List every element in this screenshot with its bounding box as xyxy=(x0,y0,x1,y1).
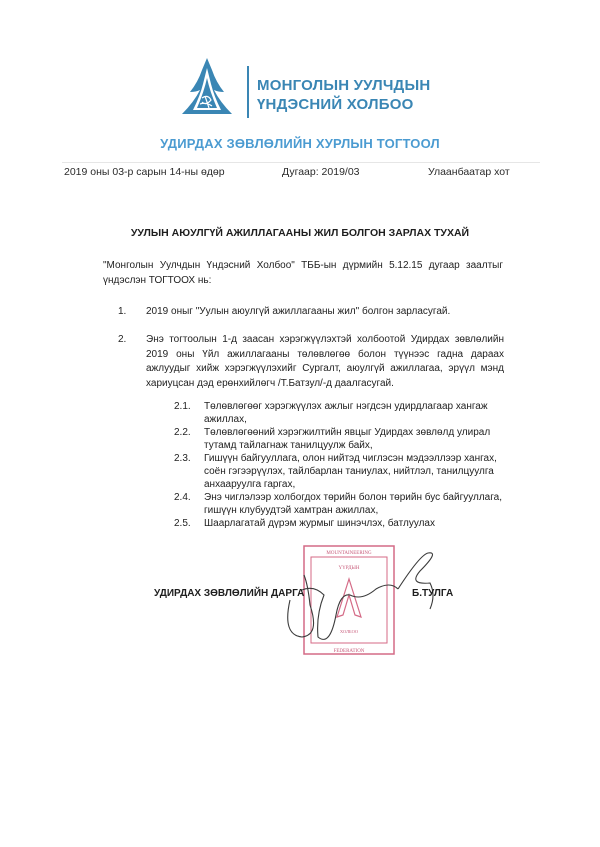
subitem-number: 2.1. xyxy=(174,400,191,413)
subitem-text: Төлөвлөгөөг хэрэгжүүлэх ажлыг нэгдсэн уд… xyxy=(204,400,504,426)
item-number: 1. xyxy=(118,305,126,320)
item-text: Энэ тогтоолын 1-д заасан хэрэгжүүлэхтэй … xyxy=(146,333,504,391)
org-name-line2: ҮНДЭСНИЙ ХОЛБОО xyxy=(257,95,430,114)
preamble: "Монголын Уулчдын Үндэсний Холбоо" ТББ-ы… xyxy=(103,259,503,288)
signatory-role: УДИРДАХ ЗӨВЛӨЛИЙН ДАРГА xyxy=(154,588,304,599)
resolution-number: Дугаар: 2019/03 xyxy=(282,166,360,178)
subitem-number: 2.4. xyxy=(174,491,191,504)
header-rule xyxy=(62,162,540,163)
subitem-number: 2.5. xyxy=(174,517,191,530)
item-number: 2. xyxy=(118,333,126,348)
org-name-line1: МОНГОЛЫН УУЛЧДЫН xyxy=(257,76,430,95)
resolution-date: 2019 оны 03-р сарын 14-ны өдөр xyxy=(64,166,225,178)
subitem-text: Шаарлагатай дүрэм журмыг шинэчлэх, батлу… xyxy=(204,517,504,530)
signatory-name: Б.ТУЛГА xyxy=(412,588,453,599)
logo-divider xyxy=(247,66,249,118)
subitem-text: Төлөвлөгөөний хэрэгжилтийн явцыг Удирдах… xyxy=(204,426,504,452)
item-text: 2019 оныг "Уулын аюулгүй ажиллагааны жил… xyxy=(146,305,504,320)
org-name: МОНГОЛЫН УУЛЧДЫН ҮНДЭСНИЙ ХОЛБОО xyxy=(257,76,430,114)
mountain-climber-logo-icon xyxy=(178,56,236,120)
subitem-number: 2.2. xyxy=(174,426,191,439)
council-title: УДИРДАХ ЗӨВЛӨЛИЙН ХУРЛЫН ТОГТООЛ xyxy=(0,136,600,151)
subitem-number: 2.3. xyxy=(174,452,191,465)
resolution-city: Улаанбаатар хот xyxy=(428,166,510,178)
subitem-text: Энэ чиглэлээр холбогдох төрийн болон төр… xyxy=(204,491,504,517)
subitem-text: Гишүүн байгууллага, олон нийтэд чиглэсэн… xyxy=(204,452,504,491)
document-title: УУЛЫН АЮУЛГҮЙ АЖИЛЛАГААНЫ ЖИЛ БОЛГОН ЗАР… xyxy=(0,227,600,239)
